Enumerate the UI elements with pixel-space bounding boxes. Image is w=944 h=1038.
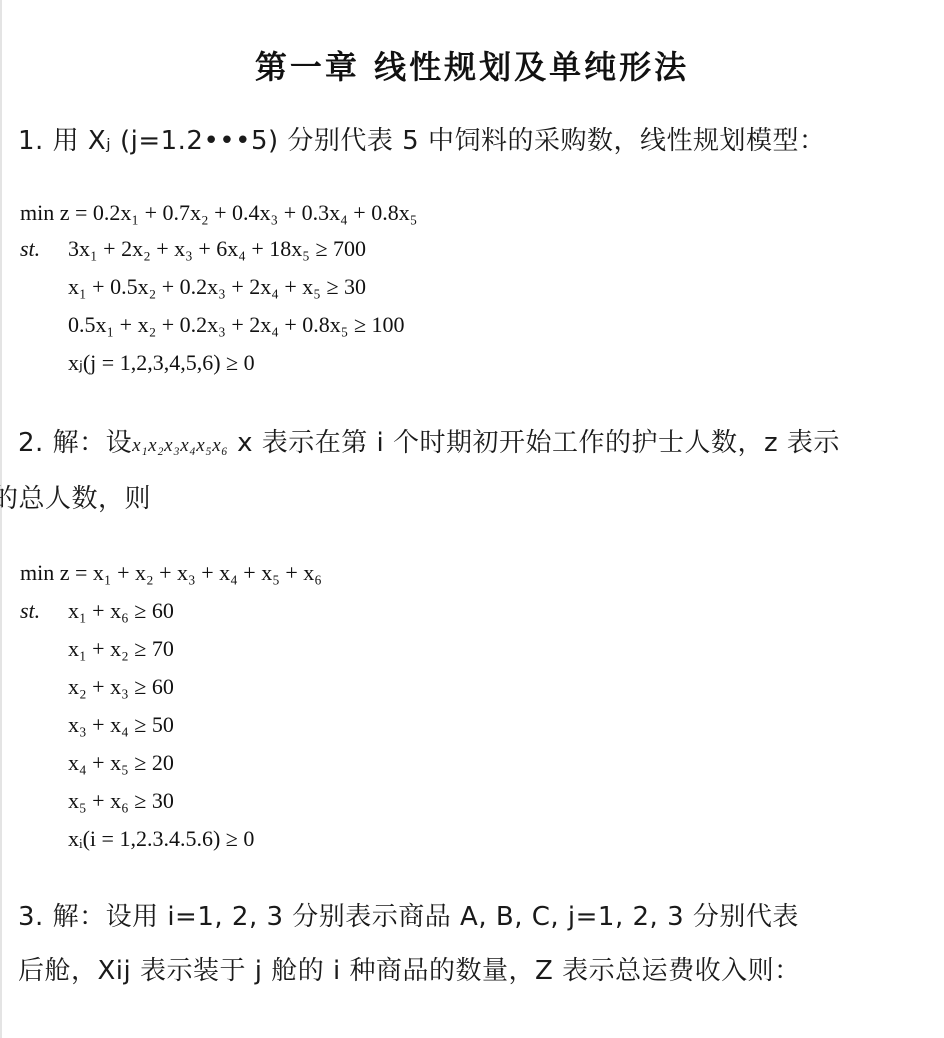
- problem1-constraint-1: 3x₁ + 2x₂ + x₃ + 6x₄ + 18x₅ ≥ 700: [68, 236, 366, 262]
- chapter-title: 第一章 线性规划及单纯形法: [0, 42, 944, 88]
- problem2-intro-line2: 的总人数，则: [0, 478, 151, 515]
- problem2-vars: x₁x₂x₃x₄x₅x₆: [132, 435, 228, 456]
- problem2-constraint-4: x₃ + x₄ ≥ 50: [68, 712, 174, 738]
- problem1-nonnegativity: xⱼ(j = 1,2,3,4,5,6) ≥ 0: [68, 350, 255, 376]
- problem1-objective: min z = 0.2x₁ + 0.7x₂ + 0.4x₃ + 0.3x₄ + …: [20, 200, 417, 226]
- problem2-objective: min z = x₁ + x₂ + x₃ + x₄ + x₅ + x₆: [20, 560, 322, 586]
- problem2-constraint-5: x₄ + x₅ ≥ 20: [68, 750, 174, 776]
- problem2-suffix: x 表示在第 i 个时期初开始工作的护士人数，z 表示: [228, 428, 840, 458]
- problem3-line1: 3. 解：设用 i=1, 2, 3 分别表示商品 A, B, C, j=1, 2…: [18, 896, 799, 933]
- problem1-intro: 1. 用 Xⱼ (j=1.2•••5) 分别代表 5 中饲料的采购数，线性规划模…: [18, 120, 826, 157]
- problem2-constraint-3: x₂ + x₃ ≥ 60: [68, 674, 174, 700]
- problem1-st-label: st.: [20, 236, 40, 262]
- problem1-constraint-3: 0.5x₁ + x₂ + 0.2x₃ + 2x₄ + 0.8x₅ ≥ 100: [68, 312, 405, 338]
- problem2-st-label: st.: [20, 598, 40, 624]
- problem1-constraint-2: x₁ + 0.5x₂ + 0.2x₃ + 2x₄ + x₅ ≥ 30: [68, 274, 366, 300]
- page-edge: [0, 0, 2, 1038]
- problem2-intro-line1: 2. 解：设x₁x₂x₃x₄x₅x₆ x 表示在第 i 个时期初开始工作的护士人…: [18, 422, 840, 459]
- problem3-line2: 后舱，Xij 表示装于 j 舱的 i 种商品的数量，Z 表示总运费收入则：: [18, 950, 801, 987]
- problem2-constraint-2: x₁ + x₂ ≥ 70: [68, 636, 174, 662]
- problem2-nonnegativity: xᵢ(i = 1,2.3.4.5.6) ≥ 0: [68, 826, 254, 852]
- problem2-constraint-1: x₁ + x₆ ≥ 60: [68, 598, 174, 624]
- problem2-constraint-6: x₅ + x₆ ≥ 30: [68, 788, 174, 814]
- problem2-prefix: 2. 解：设: [18, 428, 132, 458]
